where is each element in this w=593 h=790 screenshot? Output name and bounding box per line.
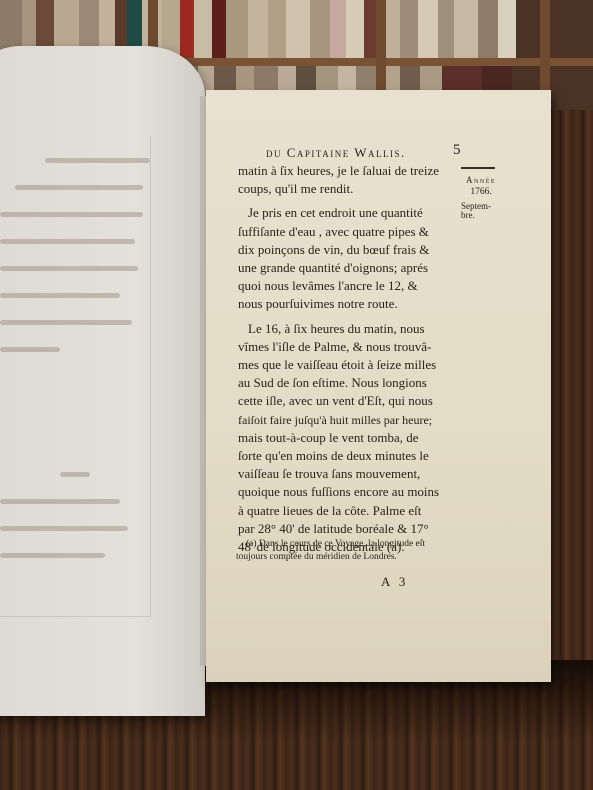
margin-note-label: Année xyxy=(461,174,501,186)
text-line: coups, qu'il me rendit. xyxy=(238,180,456,198)
text-line: quoique nous fuſſions encore au moins xyxy=(238,483,456,501)
text-line: quoi nous levâmes l'ancre le 12, & xyxy=(238,277,456,295)
footnote: (a) Dans le cours de ce Voyage, la longi… xyxy=(236,538,461,563)
text-line: faiſoit faire juſqu'à huit milles par he… xyxy=(238,411,456,429)
text-line: au Sud de ſon eſtime. Nous longions xyxy=(238,374,456,392)
text-line: une grande quantité d'oignons; aprés xyxy=(238,259,456,277)
text-line: vaiſſeau ſe trouva ſans mouvement, xyxy=(238,465,456,483)
text-line: par 28° 40' de latitude boréale & 17° xyxy=(238,520,456,538)
text-line: ſorte qu'en moins de deux minutes le xyxy=(238,447,456,465)
right-page: du Capitaine Wallis. 5 Année 1766. Septe… xyxy=(206,90,551,682)
left-page xyxy=(0,46,205,716)
margin-note-year: 1766. xyxy=(461,186,501,198)
text-line: à quatre lieues de la côte. Palme eſt xyxy=(238,502,456,520)
text-line: mais tout-à-coup le vent tomba, de xyxy=(238,429,456,447)
signature-mark: A 3 xyxy=(381,574,408,590)
body-text: matin à ſix heures, je le ſaluai de trei… xyxy=(238,162,456,556)
margin-note: Année 1766. Septem- bre. xyxy=(461,174,501,220)
text-line: mes que le vaiſſeau étoit à ſeize milles xyxy=(238,356,456,374)
text-line: matin à ſix heures, je le ſaluai de trei… xyxy=(238,162,456,180)
margin-note-month: Septem- bre. xyxy=(461,202,501,220)
text-line: Le 16, à ſix heures du matin, nous xyxy=(238,320,456,338)
margin-rule xyxy=(461,167,495,169)
footnote-line: (a) Dans le cours de ce Voyage, la longi… xyxy=(236,538,461,551)
text-line: vîmes l'iſle de Palme, & nous trouvâ- xyxy=(238,338,456,356)
text-line: ſuffiſante d'eau , avec quatre pipes & xyxy=(238,223,456,241)
show-through-handwriting xyxy=(0,136,151,617)
footnote-line: toujours comptée du méridien de Londres. xyxy=(236,551,461,564)
text-line: nous pourſuivimes notre route. xyxy=(238,295,456,313)
text-line: cette iſle, avec un vent d'Eſt, qui nous xyxy=(238,392,456,410)
text-line: dix poinçons de vin, du bœuf frais & xyxy=(238,241,456,259)
text-line: Je pris en cet endroit une quantité xyxy=(238,204,456,222)
running-head: du Capitaine Wallis. xyxy=(266,145,406,161)
page-number: 5 xyxy=(453,142,461,159)
